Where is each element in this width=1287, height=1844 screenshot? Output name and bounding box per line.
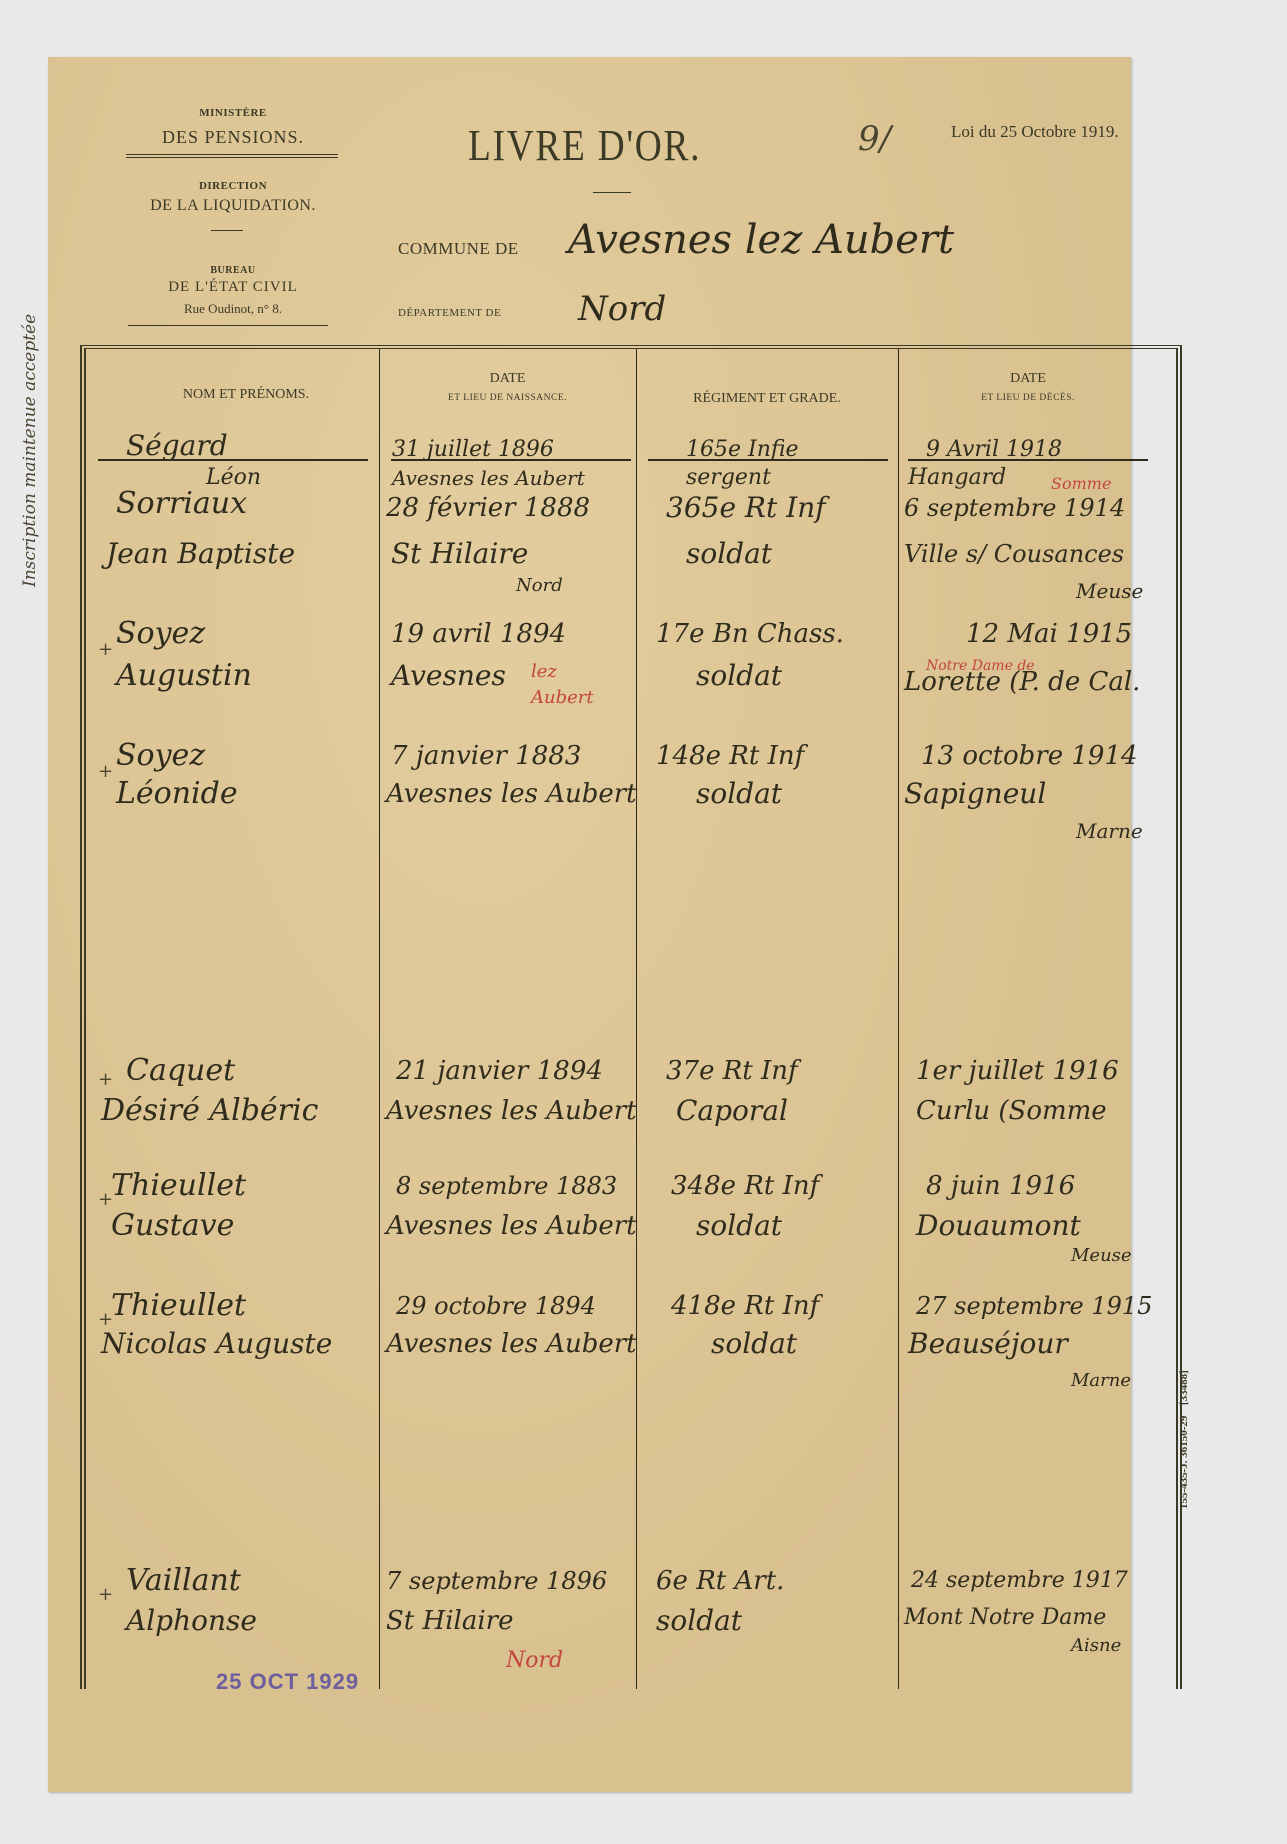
given-names: Jean Baptiste <box>106 537 295 571</box>
death-date: 1er juillet 1916 <box>916 1054 1119 1088</box>
ministry-line1: MINISTÈRE <box>118 107 348 119</box>
tick-mark: + <box>98 1069 113 1090</box>
surname: Ségard <box>126 429 228 463</box>
column-subtitle: ET LIEU DE DÉCÈS. <box>898 393 1158 403</box>
tick-mark: + <box>98 639 113 660</box>
grade: soldat <box>656 1604 742 1638</box>
given-names: Augustin <box>116 659 252 693</box>
law-reference: Loi du 25 Octobre 1919. <box>951 122 1119 142</box>
grade: Caporal <box>676 1094 788 1128</box>
direction-line2: DE LA LIQUIDATION. <box>118 197 348 215</box>
address: Rue Oudinot, n° 8. <box>118 301 348 317</box>
printer-ref-text: [33488] <box>1178 1370 1190 1405</box>
surname: Thieullet <box>111 1169 246 1203</box>
grade: soldat <box>696 659 782 693</box>
birth-note: Nord <box>506 1644 563 1678</box>
given-names: Nicolas Auguste <box>101 1327 332 1361</box>
death-note: Aisne <box>1071 1629 1121 1663</box>
surname: Caquet <box>126 1054 235 1088</box>
column-header-regiment: RÉGIMENT ET GRADE. <box>636 391 898 407</box>
column-title: DATE <box>1010 371 1046 386</box>
column-divider <box>636 349 637 1689</box>
printer-code: 155-435-J. 36150-29 [33488] <box>1178 1370 1190 1509</box>
grade: soldat <box>686 537 772 571</box>
death-place: Douaumont <box>916 1209 1081 1243</box>
death-date: 13 octobre 1914 <box>921 739 1138 773</box>
date-stamp: 25 OCT 1929 <box>216 1669 359 1695</box>
birth-place: St Hilaire <box>391 537 528 571</box>
death-date: 8 juin 1916 <box>926 1169 1075 1203</box>
given-names: Gustave <box>111 1209 234 1243</box>
grade: soldat <box>696 777 782 811</box>
regiment: 6e Rt Art. <box>656 1564 784 1598</box>
column-divider <box>898 349 899 1689</box>
regiment: 418e Rt Inf <box>671 1289 819 1323</box>
commune-value: Avesnes lez Aubert <box>568 217 954 263</box>
death-date: 12 Mai 1915 <box>966 617 1132 651</box>
column-header-birth: DATE ET LIEU DE NAISSANCE. <box>379 371 636 403</box>
birth-date: 21 janvier 1894 <box>396 1054 603 1088</box>
commune-label: COMMUNE DE <box>398 239 519 259</box>
departement-label: DÉPARTEMENT DE <box>398 307 501 319</box>
birth-date: 7 janvier 1883 <box>391 739 581 773</box>
birth-date: 8 septembre 1883 <box>396 1169 617 1203</box>
death-note: Meuse <box>1071 1239 1132 1273</box>
column-subtitle: ET LIEU DE NAISSANCE. <box>379 393 636 403</box>
printer-code-text: 155-435-J. 36150-29 <box>1178 1416 1190 1510</box>
birth-place: Avesnes les Aubert <box>392 461 585 495</box>
given-names: Désiré Albéric <box>101 1094 318 1128</box>
divider <box>126 157 338 158</box>
departement-value: Nord <box>578 289 666 329</box>
column-title: NOM ET PRÉNOMS. <box>183 387 309 402</box>
death-place: Ville s/ Cousances <box>904 537 1124 571</box>
divider <box>126 154 338 155</box>
birth-note: Nord <box>516 569 563 603</box>
regiment: 148e Rt Inf <box>656 739 804 773</box>
death-place: Lorette (P. de Cal. <box>904 665 1140 699</box>
column-title: DATE <box>490 371 526 386</box>
death-place: Sapigneul <box>904 777 1046 811</box>
regiment: 37e Rt Inf <box>666 1054 798 1088</box>
birth-note: lez Aubert <box>531 659 601 711</box>
birth-date: 7 septembre 1896 <box>386 1564 607 1598</box>
divider <box>128 325 328 326</box>
birth-date: 19 avril 1894 <box>391 617 566 651</box>
surname: Vaillant <box>126 1564 241 1598</box>
regiment: 365e Rt Inf <box>666 491 826 525</box>
page-title: LIVRE D'OR. <box>468 120 701 171</box>
divider <box>211 230 243 231</box>
birth-date: 29 octobre 1894 <box>396 1289 596 1323</box>
tick-mark: + <box>98 1584 113 1605</box>
surname: Soyez <box>116 739 205 773</box>
column-divider <box>379 349 380 1689</box>
birth-place: Avesnes les Aubert <box>386 1209 637 1243</box>
register-table: NOM ET PRÉNOMS. DATE ET LIEU DE NAISSANC… <box>80 345 1182 1689</box>
grade: soldat <box>696 1209 782 1243</box>
death-note: Marne <box>1071 1364 1131 1398</box>
surname: Soyez <box>116 617 205 651</box>
margin-note: Inscription maintenue acceptée <box>20 347 40 587</box>
death-place: Beauséjour <box>908 1327 1068 1361</box>
given-names: Léonide <box>116 777 238 811</box>
regiment: 17e Bn Chass. <box>656 617 844 651</box>
birth-place: Avesnes les Aubert <box>386 1327 637 1361</box>
death-date: 27 septembre 1915 <box>916 1289 1152 1323</box>
column-title: RÉGIMENT ET GRADE. <box>693 391 841 406</box>
bureau-line1: BUREAU <box>118 265 348 276</box>
regiment: 348e Rt Inf <box>671 1169 819 1203</box>
birth-place: Avesnes les Aubert <box>386 777 637 811</box>
surname: Thieullet <box>111 1289 246 1323</box>
ministry-line2: DES PENSIONS. <box>118 127 348 148</box>
divider <box>593 192 631 193</box>
death-note: Marne <box>1076 814 1143 848</box>
birth-place: Avesnes les Aubert <box>386 1094 637 1128</box>
tick-mark: + <box>98 761 113 782</box>
surname: Sorriaux <box>116 487 247 521</box>
grade: sergent <box>686 461 771 495</box>
given-names: Alphonse <box>126 1604 257 1638</box>
folio-mark: 9/ <box>858 119 891 159</box>
death-place: Hangard <box>908 461 1006 495</box>
bureau-line2: DE L'ÉTAT CIVIL <box>118 279 348 296</box>
grade: soldat <box>711 1327 797 1361</box>
column-header-name: NOM ET PRÉNOMS. <box>126 387 366 403</box>
birth-date: 28 février 1888 <box>386 491 590 525</box>
death-place: Curlu (Somme <box>916 1094 1107 1128</box>
birth-place: St Hilaire <box>386 1604 513 1638</box>
death-date: 6 septembre 1914 <box>904 491 1125 525</box>
death-date: 24 septembre 1917 <box>911 1564 1128 1598</box>
birth-place: Avesnes <box>391 659 506 693</box>
column-header-death: DATE ET LIEU DE DÉCÈS. <box>898 371 1158 403</box>
direction-line1: DIRECTION <box>118 180 348 192</box>
death-note: Meuse <box>1076 574 1143 608</box>
